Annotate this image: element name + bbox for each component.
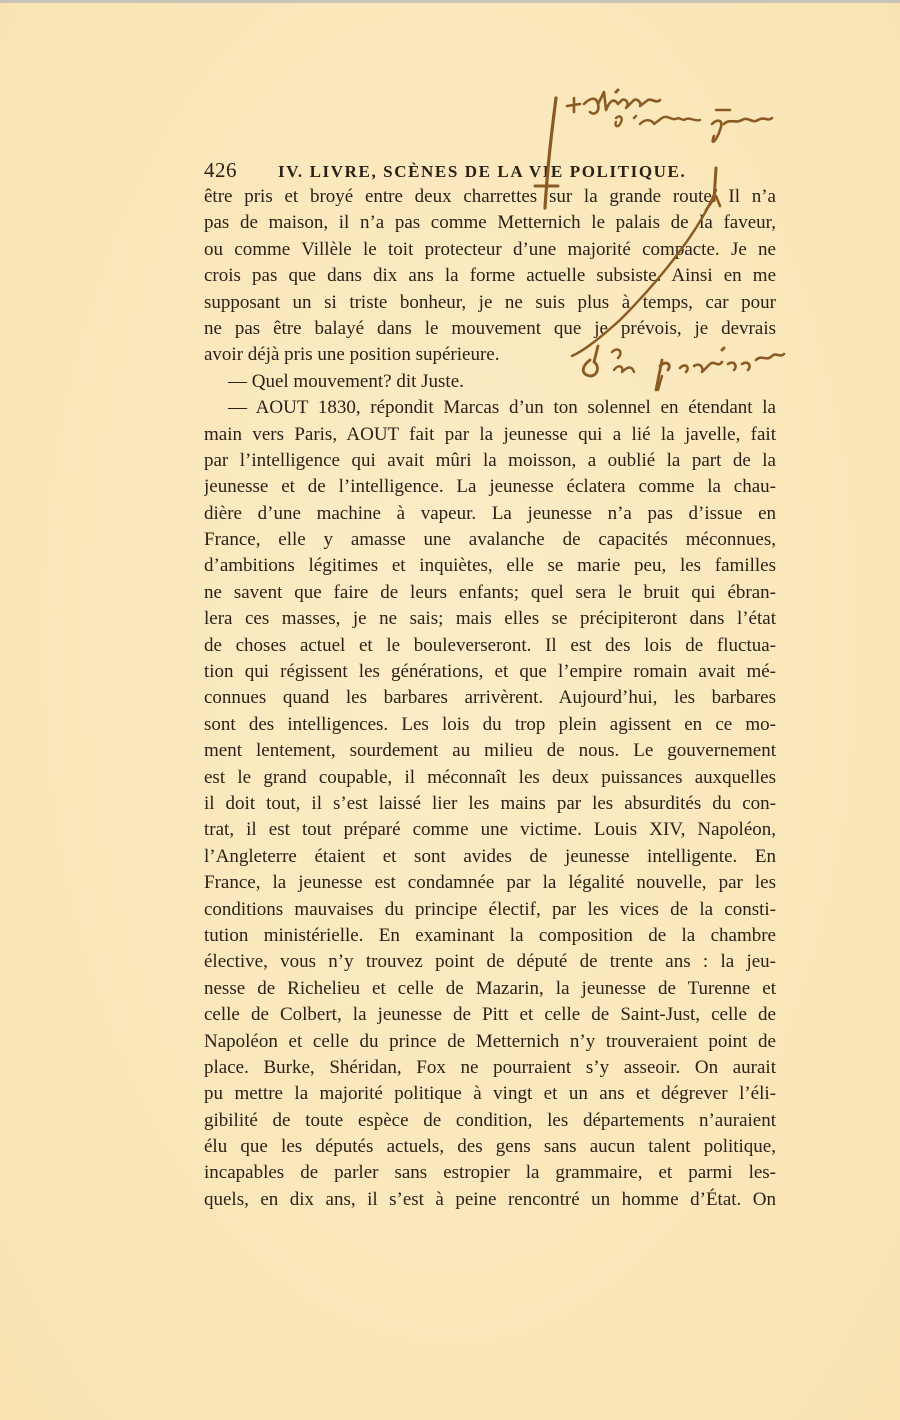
dialogue-line: — Quel mouvement? dit Juste. xyxy=(204,369,776,395)
running-head: 426IV. LIVRE, SCÈNES DE LA VIE POLITIQUE… xyxy=(204,158,794,183)
text-line: jeunesse et de l’intelligence. La jeunes… xyxy=(204,474,776,500)
page-number: 426 xyxy=(204,158,278,183)
text-line: est le grand coupable, il méconnaît les … xyxy=(204,765,776,791)
body-text: être pris et broyé entre deux charrettes… xyxy=(204,184,776,1213)
text-line: sont des intelligences. Les lois du trop… xyxy=(204,712,776,738)
text-line: ou comme Villèle le toit protecteur d’un… xyxy=(204,237,776,263)
text-line: il doit tout, il s’est laissé lier les m… xyxy=(204,791,776,817)
text-line: tion qui régissent les générations, et q… xyxy=(204,659,776,685)
text-line: ne savent que faire de leurs enfants; qu… xyxy=(204,580,776,606)
text-line: incapables de parler sans estropier la g… xyxy=(204,1160,776,1186)
text-line: ne pas être balayé dans le mouvement que… xyxy=(204,316,776,342)
text-line: trat, il est tout préparé comme une vict… xyxy=(204,817,776,843)
text-line: France, elle y amasse une avalanche de c… xyxy=(204,527,776,553)
text-line: être pris et broyé entre deux charrettes… xyxy=(204,184,776,210)
text-line: place. Burke, Shéridan, Fox ne pourraien… xyxy=(204,1055,776,1081)
text-line: de choses actuel et le bouleverseront. I… xyxy=(204,633,776,659)
text-line: nesse de Richelieu et celle de Mazarin, … xyxy=(204,976,776,1002)
text-line: connues quand les barbares arrivèrent. A… xyxy=(204,685,776,711)
text-line: France, la jeunesse est condamnée par la… xyxy=(204,870,776,896)
text-line: tution ministérielle. En examinant la co… xyxy=(204,923,776,949)
text-line: par l’intelligence qui avait mûri la moi… xyxy=(204,448,776,474)
text-line: lera ces masses, je ne sais; mais elles … xyxy=(204,606,776,632)
dialogue-line: — AOUT 1830, répondit Marcas d’un ton so… xyxy=(204,395,776,421)
text-line: élu que les députés actuels, des gens sa… xyxy=(204,1134,776,1160)
text-line: supposant un si triste bonheur, je ne su… xyxy=(204,290,776,316)
text-line: élective, vous n’y trouvez point de dépu… xyxy=(204,949,776,975)
text-line: pu mettre la majorité politique à vingt … xyxy=(204,1081,776,1107)
text-line: dière d’une machine à vapeur. La jeuness… xyxy=(204,501,776,527)
text-line: avoir déjà pris une position supérieure. xyxy=(204,342,776,368)
text-line: celle de Colbert, la jeunesse de Pitt et… xyxy=(204,1002,776,1028)
text-line: crois pas que dans dix ans la forme actu… xyxy=(204,263,776,289)
text-line: l’Angleterre étaient et sont avides de j… xyxy=(204,844,776,870)
scan-top-edge xyxy=(0,0,900,3)
text-line: Napoléon et celle du prince de Metternic… xyxy=(204,1029,776,1055)
text-line: ment lentement, sourdement au milieu de … xyxy=(204,738,776,764)
book-page: 426IV. LIVRE, SCÈNES DE LA VIE POLITIQUE… xyxy=(0,0,900,1420)
running-title: IV. LIVRE, SCÈNES DE LA VIE POLITIQUE. xyxy=(278,162,686,181)
text-line: gibilité de toute espèce de condition, l… xyxy=(204,1108,776,1134)
text-line: d’ambitions légitimes et inquiètes, elle… xyxy=(204,553,776,579)
text-line: main vers Paris, AOUT fait par la jeunes… xyxy=(204,422,776,448)
text-line: pas de maison, il n’a pas comme Metterni… xyxy=(204,210,776,236)
text-line: conditions mauvaises du principe électif… xyxy=(204,897,776,923)
text-line: quels, en dix ans, il s’est à peine renc… xyxy=(204,1187,776,1213)
